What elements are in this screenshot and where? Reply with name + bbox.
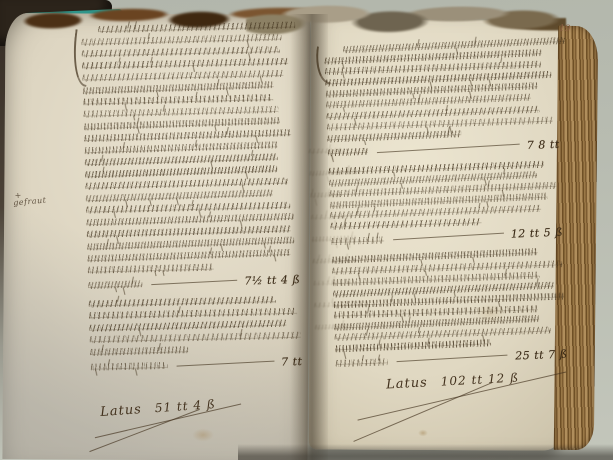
manuscript-text-block-left: 7½ tt 4 ß7 tt bbox=[81, 21, 303, 383]
pen-stroke bbox=[163, 105, 166, 112]
pen-stroke bbox=[419, 94, 422, 102]
pen-stroke bbox=[269, 245, 272, 252]
manuscript-line bbox=[86, 189, 274, 202]
pen-stroke bbox=[500, 58, 502, 63]
pen-stroke bbox=[210, 161, 213, 167]
entry-sum-row: 12 tt 5 ß bbox=[331, 226, 563, 247]
pen-stroke bbox=[418, 327, 421, 334]
pen-stroke bbox=[428, 338, 431, 346]
manuscript-line bbox=[84, 117, 281, 130]
manuscript-line bbox=[328, 148, 369, 156]
pen-stroke bbox=[536, 278, 539, 286]
manuscript-line bbox=[89, 320, 286, 332]
pen-stroke bbox=[113, 212, 116, 218]
pen-stroke bbox=[102, 345, 105, 353]
manuscript-line bbox=[83, 94, 273, 106]
manuscript-line bbox=[87, 225, 291, 238]
entry-sum-row: 7½ tt 4 ß bbox=[88, 273, 300, 292]
pen-stroke bbox=[221, 245, 224, 251]
pen-stroke bbox=[162, 271, 164, 276]
sum-amount: 7½ tt 4 ß bbox=[244, 273, 300, 288]
pen-stroke bbox=[154, 271, 156, 276]
manuscript-line bbox=[89, 308, 298, 319]
sum-amount: 25 tt 7 ß bbox=[515, 348, 568, 363]
pen-stroke bbox=[356, 185, 359, 192]
pen-stroke bbox=[325, 210, 328, 216]
pen-stroke bbox=[127, 21, 130, 28]
pen-stroke bbox=[487, 180, 490, 187]
pen-stroke bbox=[133, 115, 135, 120]
photo-manuscript-spread: 7½ tt 4 ß7 tt + gefraut Latus 51 tt 4 ß … bbox=[0, 0, 613, 460]
pen-stroke bbox=[251, 150, 254, 156]
pen-stroke bbox=[417, 39, 420, 47]
pen-stroke bbox=[150, 57, 153, 63]
pen-stroke bbox=[195, 92, 197, 97]
sum-rule bbox=[393, 233, 504, 241]
manuscript-line bbox=[98, 21, 295, 33]
entry-sum-row: 25 tt 7 ß bbox=[335, 348, 567, 369]
pen-stroke bbox=[209, 211, 212, 217]
pen-stroke bbox=[425, 270, 427, 275]
sum-amount: 7 tt bbox=[281, 355, 303, 369]
manuscript-line bbox=[85, 178, 288, 190]
pen-stroke bbox=[315, 199, 318, 206]
pen-stroke bbox=[106, 239, 109, 247]
manuscript-line bbox=[86, 202, 290, 214]
manuscript-line bbox=[84, 141, 277, 154]
pen-stroke bbox=[474, 37, 477, 45]
pen-stroke bbox=[373, 207, 375, 212]
manuscript-line bbox=[335, 339, 491, 352]
pen-stroke bbox=[504, 268, 507, 275]
latus-label: Latus bbox=[100, 402, 143, 420]
manuscript-line bbox=[83, 106, 278, 118]
manuscript-line bbox=[331, 236, 384, 244]
pen-stroke bbox=[344, 219, 347, 227]
pen-stroke bbox=[479, 203, 481, 208]
entry-sum-row: 7 8 tt bbox=[328, 138, 560, 159]
pen-stroke bbox=[311, 189, 313, 194]
pen-stroke bbox=[318, 255, 321, 261]
pen-stroke bbox=[240, 329, 243, 336]
pen-stroke bbox=[117, 296, 120, 302]
pen-stroke bbox=[367, 306, 370, 313]
entry-sum-row: 7 tt bbox=[90, 355, 302, 374]
pen-stroke bbox=[227, 127, 230, 135]
pen-stroke bbox=[101, 155, 104, 162]
manuscript-line bbox=[82, 70, 284, 82]
sum-rule bbox=[397, 355, 508, 363]
pen-stroke bbox=[332, 155, 335, 162]
pen-stroke bbox=[122, 287, 125, 295]
pen-stroke bbox=[107, 359, 110, 365]
manuscript-line bbox=[335, 327, 551, 341]
manuscript-line bbox=[82, 58, 288, 70]
pen-stroke bbox=[378, 340, 381, 347]
pen-stroke bbox=[102, 167, 104, 172]
paper-stain bbox=[416, 428, 430, 438]
pen-stroke bbox=[115, 287, 117, 292]
manuscript-line bbox=[85, 165, 277, 178]
pen-stroke bbox=[122, 142, 125, 149]
manuscript-line bbox=[86, 213, 293, 226]
pen-stroke bbox=[391, 295, 394, 302]
paper-stain bbox=[188, 426, 218, 444]
manuscript-line bbox=[82, 46, 280, 57]
pen-stroke bbox=[347, 243, 350, 249]
pen-stroke bbox=[194, 140, 197, 148]
manuscript-line bbox=[90, 346, 188, 356]
manuscript-line bbox=[89, 296, 276, 307]
manuscript-line bbox=[88, 264, 214, 274]
manuscript-line bbox=[327, 130, 461, 142]
manuscript-line bbox=[85, 153, 278, 166]
pen-stroke bbox=[409, 316, 412, 322]
sum-amount: 7 8 tt bbox=[527, 138, 560, 152]
manuscript-line bbox=[88, 280, 142, 289]
pen-stroke bbox=[192, 66, 195, 72]
pen-stroke bbox=[95, 370, 98, 376]
sum-rule bbox=[377, 143, 520, 153]
sum-rule bbox=[151, 280, 237, 286]
pen-stroke bbox=[356, 207, 359, 215]
manuscript-line bbox=[90, 362, 167, 371]
sum-amount: 12 tt 5 ß bbox=[511, 226, 564, 241]
manuscript-paragraph: 7 tt bbox=[89, 295, 303, 374]
pen-stroke bbox=[367, 233, 370, 241]
pen-stroke bbox=[378, 354, 381, 360]
latus-label: Latus bbox=[386, 375, 428, 392]
manuscript-line bbox=[81, 34, 281, 46]
manuscript-paragraph: 7 8 tt bbox=[324, 38, 560, 159]
pen-stroke bbox=[217, 79, 220, 86]
manuscript-line bbox=[83, 81, 274, 94]
pen-stroke bbox=[132, 277, 135, 285]
manuscript-paragraph: 12 tt 5 ß bbox=[328, 160, 563, 248]
pen-stroke bbox=[376, 232, 378, 238]
manuscript-line bbox=[84, 129, 291, 142]
manuscript-text-block-right: 7 8 tt12 tt 5 ß25 tt 7 ß bbox=[324, 38, 568, 379]
pen-stroke bbox=[179, 306, 182, 313]
pen-stroke bbox=[264, 243, 267, 248]
manuscript-paragraph: 7½ tt 4 ß bbox=[81, 21, 300, 292]
pen-stroke bbox=[365, 329, 368, 337]
sum-rule bbox=[176, 361, 274, 367]
pen-stroke bbox=[137, 118, 140, 124]
pen-stroke bbox=[191, 200, 194, 206]
pen-stroke bbox=[362, 355, 364, 360]
pen-stroke bbox=[274, 255, 277, 261]
pen-stroke bbox=[118, 58, 120, 64]
pen-stroke bbox=[158, 343, 161, 351]
pen-stroke bbox=[135, 369, 138, 376]
pen-stroke bbox=[503, 168, 506, 174]
manuscript-paragraph: 25 tt 7 ß bbox=[332, 248, 568, 369]
manuscript-line bbox=[87, 249, 290, 262]
pen-stroke bbox=[327, 276, 330, 283]
manuscript-line bbox=[330, 219, 481, 230]
page-bottom-shadow bbox=[238, 444, 613, 460]
pen-stroke bbox=[209, 247, 212, 254]
manuscript-line bbox=[90, 332, 301, 344]
folio-number: 19 bbox=[559, 24, 571, 34]
pen-stroke bbox=[148, 33, 150, 39]
manuscript-line bbox=[335, 358, 388, 366]
pen-stroke bbox=[328, 254, 331, 261]
pen-stroke bbox=[446, 104, 449, 110]
pen-stroke bbox=[447, 126, 450, 134]
